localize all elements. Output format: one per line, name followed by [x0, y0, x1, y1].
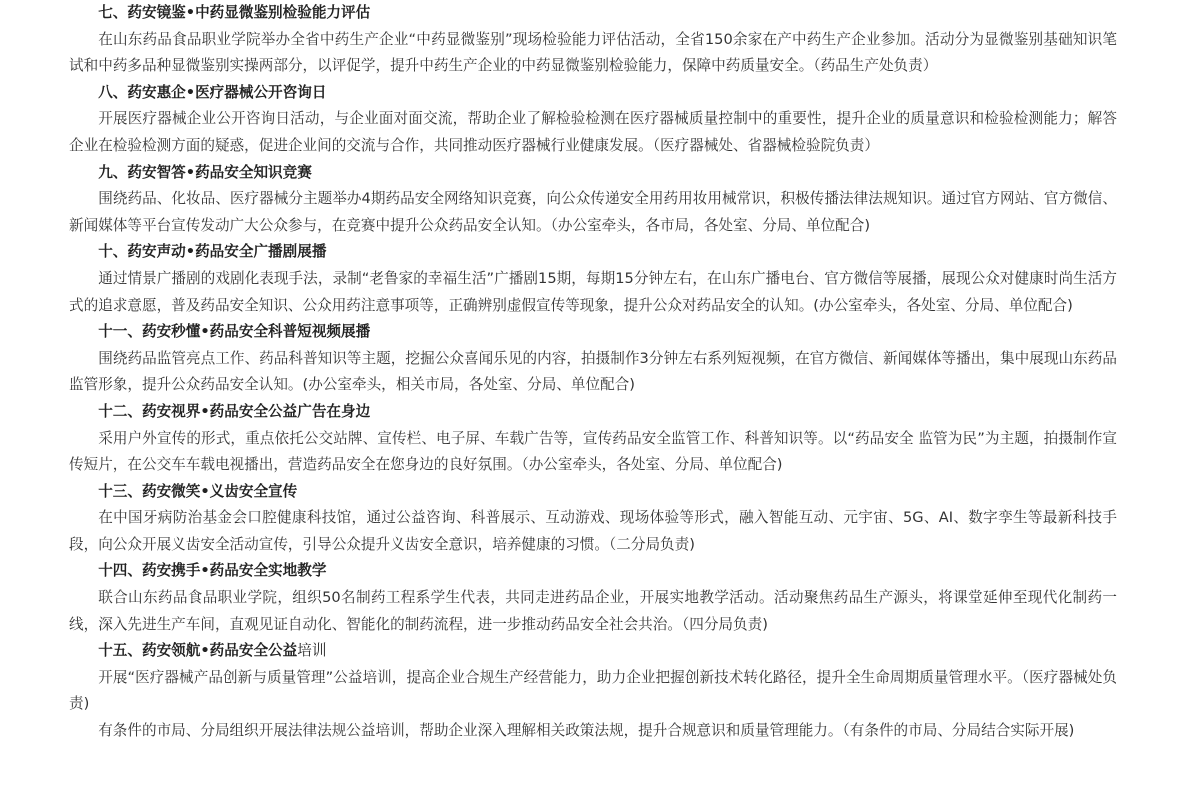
section-paragraph: 在中国牙病防治基金会口腔健康科技馆，通过公益咨询、科普展示、互动游戏、现场体验等…: [69, 505, 1117, 558]
section-paragraph: 围绕药品、化妆品、医疗器械分主题举办4期药品安全网络知识竞赛，向公众传递安全用药…: [69, 186, 1117, 239]
article-body: 七、药安镜鉴•中药显微鉴别检验能力评估 在山东药品食品职业学院举办全省中药生产企…: [69, 0, 1117, 745]
section-heading-13: 十三、药安微笑•义齿安全宣传: [69, 479, 1117, 506]
section-heading-15-tail: 培训: [297, 642, 326, 659]
section-paragraph: 在山东药品食品职业学院举办全省中药生产企业“中药显微鉴别”现场检验能力评估活动，…: [69, 27, 1117, 80]
section-paragraph: 开展“医疗器械产品创新与质量管理”公益培训，提高企业合规生产经营能力，助力企业把…: [69, 665, 1117, 718]
section-paragraph: 通过情景广播剧的戏剧化表现手法，录制“老鲁家的幸福生活”广播剧15期，每期15分…: [69, 266, 1117, 319]
section-paragraph: 有条件的市局、分局组织开展法律法规公益培训，帮助企业深入理解相关政策法规，提升合…: [69, 718, 1117, 745]
section-paragraph: 围绕药品监管亮点工作、药品科普知识等主题，挖掘公众喜闻乐见的内容，拍摄制作3分钟…: [69, 346, 1117, 399]
section-paragraph: 联合山东药品食品职业学院，组织50名制药工程系学生代表，共同走进药品企业，开展实…: [69, 585, 1117, 638]
section-heading-7: 七、药安镜鉴•中药显微鉴别检验能力评估: [69, 0, 1117, 27]
section-heading-9: 九、药安智答•药品安全知识竞赛: [69, 160, 1117, 187]
section-heading-14: 十四、药安携手•药品安全实地教学: [69, 558, 1117, 585]
section-heading-11: 十一、药安秒懂•药品安全科普短视频展播: [69, 319, 1117, 346]
section-heading-8: 八、药安惠企•医疗器械公开咨询日: [69, 80, 1117, 107]
section-paragraph: 开展医疗器械企业公开咨询日活动，与企业面对面交流，帮助企业了解检验检测在医疗器械…: [69, 106, 1117, 159]
section-paragraph: 采用户外宣传的形式，重点依托公交站牌、宣传栏、电子屏、车载广告等，宣传药品安全监…: [69, 426, 1117, 479]
section-heading-15-bold: 十五、药安领航•药品安全公益: [98, 642, 297, 659]
section-heading-12: 十二、药安视界•药品安全公益广告在身边: [69, 399, 1117, 426]
section-heading-15: 十五、药安领航•药品安全公益培训: [69, 638, 1117, 665]
section-heading-10: 十、药安声动•药品安全广播剧展播: [69, 239, 1117, 266]
